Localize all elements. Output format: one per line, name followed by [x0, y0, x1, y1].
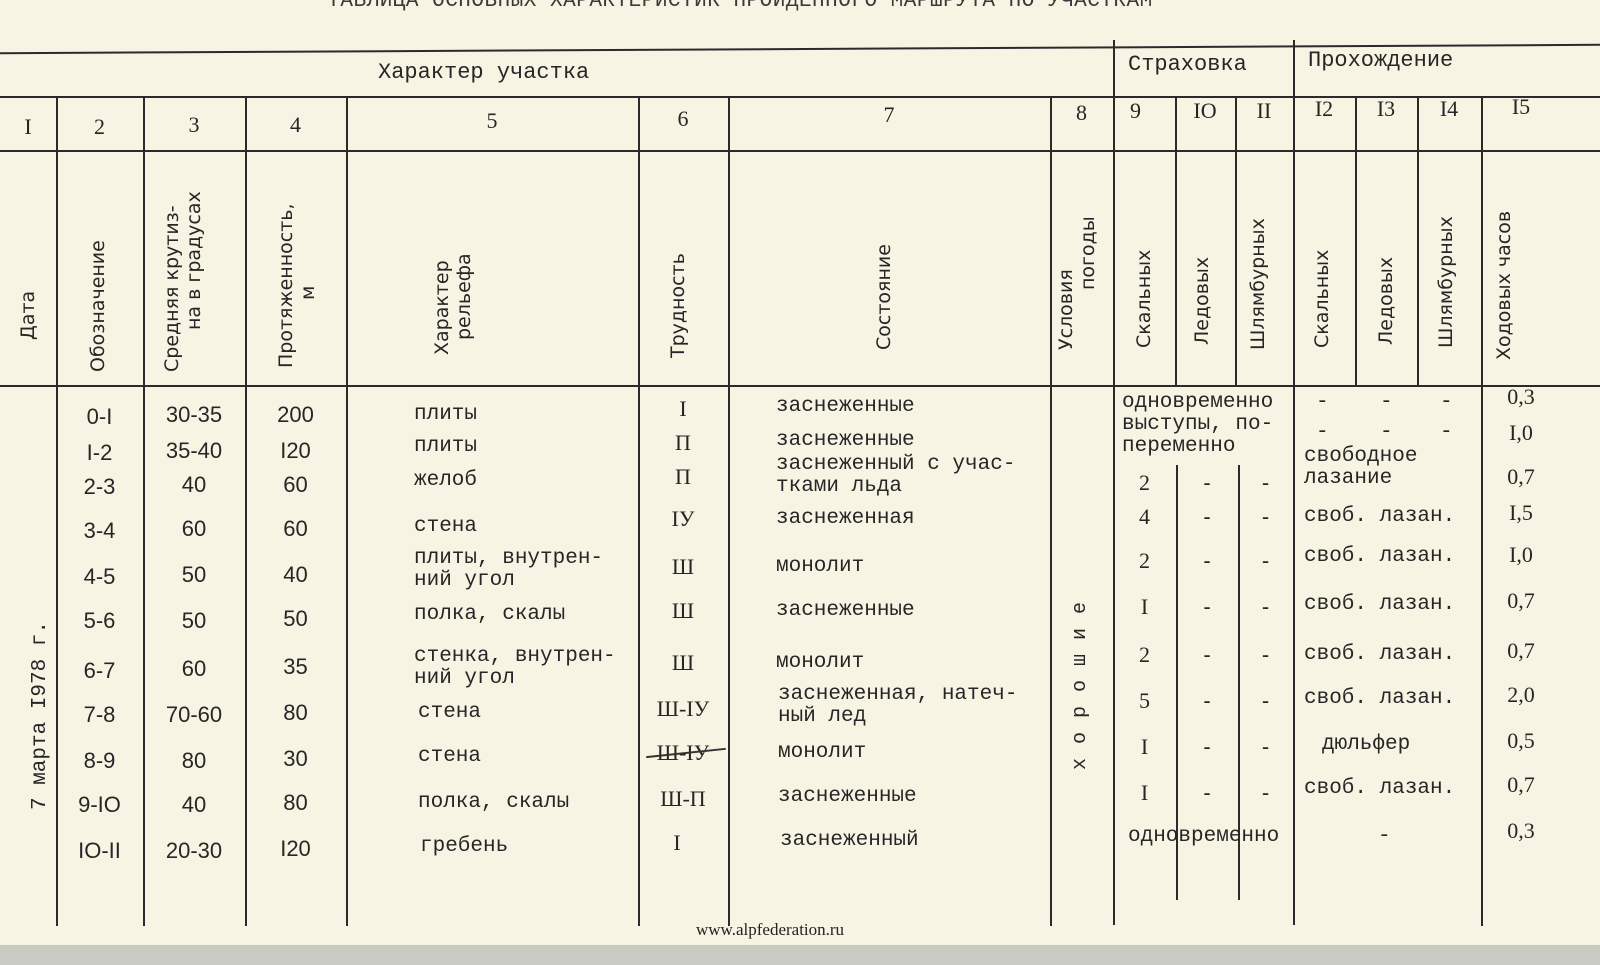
segment: IO-II — [56, 838, 143, 864]
scan-edge — [0, 945, 1600, 965]
condition: заснеженная — [776, 508, 915, 530]
header-walking-hours: Ходовых часов — [1494, 211, 1515, 360]
belay-bolt: - — [1238, 594, 1293, 620]
relief: плиты — [414, 404, 477, 426]
relief: полка, скалы — [414, 604, 565, 626]
difficulty: П — [638, 464, 728, 490]
belay-ice: - — [1176, 470, 1238, 496]
col-divider — [346, 96, 348, 926]
hours: I,5 — [1481, 500, 1561, 526]
header-belay-ice: Ледовых — [1192, 257, 1213, 345]
passage-rock: своб. лазан. — [1304, 546, 1455, 568]
belay-rock: 4 — [1113, 504, 1176, 530]
condition-cont: тками льда — [776, 476, 902, 498]
header-passage-rock: Скальных — [1312, 250, 1333, 348]
passage-rock: - — [1316, 422, 1329, 444]
relief: стена — [418, 702, 481, 724]
relief: гребень — [420, 836, 508, 858]
relief: желоб — [414, 470, 477, 492]
hours: 0,7 — [1481, 464, 1561, 490]
steepness: 20-30 — [143, 838, 245, 864]
difficulty: Ш — [638, 554, 728, 580]
relief: полка, скалы — [418, 792, 569, 814]
condition: монолит — [778, 742, 866, 764]
hours: 0,7 — [1481, 588, 1561, 614]
condition: заснеженная, натеч- — [778, 684, 1017, 706]
hours: 0,3 — [1481, 384, 1561, 410]
col-divider — [1417, 96, 1419, 386]
belay-ice: - — [1176, 688, 1238, 714]
header-passage-ice: Ледовых — [1376, 257, 1397, 345]
belay-rock: I — [1113, 734, 1176, 760]
watermark: www.alpfederation.ru — [696, 920, 844, 940]
difficulty: Ш-IУ — [638, 696, 728, 722]
header-difficulty: Трудность — [668, 253, 689, 358]
steepness: 40 — [143, 792, 245, 818]
belay-rock: 2 — [1113, 470, 1176, 496]
passage-bolt: - — [1440, 392, 1453, 414]
belay-ice: - — [1176, 504, 1238, 530]
difficulty: I — [638, 396, 728, 422]
passage-rock: дюльфер — [1322, 734, 1410, 756]
condition: монолит — [776, 556, 864, 578]
segment: 6-7 — [56, 658, 143, 684]
belay-note-alternating: переменно — [1122, 436, 1235, 458]
col-divider — [1050, 96, 1052, 926]
rule-numbers — [0, 150, 1600, 152]
group-header-belay: Страховка — [1128, 52, 1247, 77]
weather-cell: х о р о ш и е — [1070, 601, 1091, 770]
belay-rock: I — [1113, 594, 1176, 620]
relief-cont: ний угол — [414, 570, 515, 592]
steepness: 35-40 — [143, 438, 245, 464]
condition: заснеженные — [776, 430, 915, 452]
header-weather-b: погоды — [1078, 216, 1099, 290]
steepness: 50 — [143, 562, 245, 588]
segment: I-2 — [56, 440, 143, 466]
hours: 0,3 — [1481, 818, 1561, 844]
col-num-13: I3 — [1355, 96, 1417, 122]
condition: заснеженные — [778, 786, 917, 808]
passage-note-climbing: лазание — [1304, 468, 1392, 490]
passage-rock: своб. лазан. — [1304, 778, 1455, 800]
header-relief-a: Характер — [432, 260, 453, 355]
passage-rock: своб. лазан. — [1304, 688, 1455, 710]
passage-rock: своб. лазан. — [1304, 644, 1455, 666]
group-header-passage: Прохождение — [1308, 48, 1453, 73]
date-cell: 7 марта I978 г. — [30, 621, 51, 810]
segment: 7-8 — [56, 702, 143, 728]
header-date: Дата — [18, 291, 39, 340]
col-num-2: 2 — [56, 114, 143, 140]
difficulty: Ш — [638, 598, 728, 624]
hours: 0,5 — [1481, 728, 1561, 754]
table-title: ТАБЛИЦА ОСНОВНЫХ ХАРАКТЕРИСТИК ПРОЙДЕННО… — [0, 0, 1480, 13]
col-num-5: 5 — [346, 108, 638, 134]
header-belay-bolt: Шлямбурных — [1248, 218, 1269, 350]
belay-note-simultaneous: одновременно — [1122, 392, 1273, 414]
steepness: 40 — [143, 472, 245, 498]
segment: 5-6 — [56, 608, 143, 634]
segment: 2-3 — [56, 474, 143, 500]
passage-rock: своб. лазан. — [1304, 594, 1455, 616]
passage-note-free: свободное — [1304, 446, 1417, 468]
passage-note-dash-last: - — [1378, 826, 1391, 848]
steepness: 80 — [143, 748, 245, 774]
passage-ice: - — [1380, 392, 1393, 414]
belay-rock: 2 — [1113, 642, 1176, 668]
condition: заснеженные — [776, 600, 915, 622]
length: 35 — [245, 654, 346, 680]
col-divider — [1235, 96, 1237, 386]
header-condition: Состояние — [874, 244, 895, 350]
relief: стенка, внутрен- — [414, 646, 616, 668]
belay-ice: - — [1176, 780, 1238, 806]
col-num-3: 3 — [143, 112, 245, 138]
col-num-6: 6 — [638, 106, 728, 132]
length: 80 — [245, 790, 346, 816]
condition: монолит — [776, 652, 864, 674]
hours: 0,7 — [1481, 638, 1561, 664]
header-belay-rock: Скальных — [1134, 250, 1155, 348]
steepness: 50 — [143, 608, 245, 634]
difficulty: Ш-П — [638, 786, 728, 812]
passage-ice: - — [1380, 422, 1393, 444]
col-num-1: I — [0, 114, 56, 140]
belay-rock: I — [1113, 780, 1176, 806]
belay-bolt: - — [1238, 548, 1293, 574]
segment: 8-9 — [56, 748, 143, 774]
difficulty: Ш — [638, 650, 728, 676]
difficulty: IУ — [638, 506, 728, 532]
hours: I,0 — [1481, 420, 1561, 446]
header-passage-bolt: Шлямбурных — [1436, 216, 1457, 348]
col-num-4: 4 — [245, 112, 346, 138]
header-steepness-a: Средняя крутиз- — [162, 205, 183, 372]
header-designation: Обозначение — [88, 240, 109, 372]
belay-rock: 2 — [1113, 548, 1176, 574]
length: 60 — [245, 516, 346, 542]
belay-bolt: - — [1238, 642, 1293, 668]
relief: плиты, внутрен- — [414, 548, 603, 570]
header-weather-a: Условия — [1056, 269, 1077, 350]
length: 80 — [245, 700, 346, 726]
length: 30 — [245, 746, 346, 772]
rule-headers — [0, 385, 1600, 387]
condition-cont: ный лед — [778, 706, 866, 728]
belay-bolt: - — [1238, 780, 1293, 806]
steepness: 70-60 — [143, 702, 245, 728]
col-num-14: I4 — [1417, 96, 1481, 122]
length: 200 — [245, 402, 346, 428]
hours: 2,0 — [1481, 682, 1561, 708]
header-length-b: м — [298, 286, 319, 300]
belay-bolt: - — [1238, 734, 1293, 760]
condition: заснеженный с учас- — [776, 454, 1015, 476]
belay-bolt: - — [1238, 470, 1293, 496]
col-num-9: 9 — [1113, 98, 1158, 124]
length: 40 — [245, 562, 346, 588]
col-num-8: 8 — [1050, 100, 1113, 126]
col-divider — [728, 96, 730, 926]
passage-bolt: - — [1440, 422, 1453, 444]
group-header-character: Характер участка — [378, 60, 589, 85]
steepness: 60 — [143, 656, 245, 682]
belay-rock: 5 — [1113, 688, 1176, 714]
length: I20 — [245, 438, 346, 464]
col-num-12: I2 — [1293, 96, 1355, 122]
passage-rock: своб. лазан. — [1304, 506, 1455, 528]
belay-note-simultaneous-last: одновременно — [1128, 826, 1279, 848]
relief: стена — [418, 746, 481, 768]
segment: 4-5 — [56, 564, 143, 590]
length: I20 — [245, 836, 346, 862]
length: 50 — [245, 606, 346, 632]
col-num-7: 7 — [728, 102, 1050, 128]
steepness: 60 — [143, 516, 245, 542]
relief-cont: ний угол — [414, 668, 515, 690]
segment: 3-4 — [56, 518, 143, 544]
col-divider — [1175, 96, 1177, 386]
difficulty: П — [638, 430, 728, 456]
steepness: 30-35 — [143, 402, 245, 428]
col-divider — [1293, 40, 1295, 925]
relief: стена — [414, 516, 477, 538]
belay-ice: - — [1176, 734, 1238, 760]
passage-rock: - — [1316, 392, 1329, 414]
condition: заснеженные — [776, 396, 915, 418]
segment: 0-I — [56, 404, 143, 430]
col-divider — [1355, 96, 1357, 386]
belay-note-ledges: выступы, по- — [1122, 414, 1273, 436]
header-relief-b: рельефа — [454, 253, 475, 340]
header-steepness-b: на в градусах — [184, 191, 205, 330]
hours: 0,7 — [1481, 772, 1561, 798]
belay-ice: - — [1176, 642, 1238, 668]
difficulty: I — [632, 830, 722, 856]
belay-ice: - — [1176, 594, 1238, 620]
condition: заснеженный — [780, 830, 919, 852]
belay-bolt: - — [1238, 688, 1293, 714]
document-page: ТАБЛИЦА ОСНОВНЫХ ХАРАКТЕРИСТИК ПРОЙДЕННО… — [0, 0, 1600, 945]
relief: плиты — [414, 436, 477, 458]
length: 60 — [245, 472, 346, 498]
hours: I,0 — [1481, 542, 1561, 568]
col-num-11: II — [1235, 98, 1293, 124]
col-num-15: I5 — [1481, 94, 1561, 120]
belay-ice: - — [1176, 548, 1238, 574]
belay-bolt: - — [1238, 504, 1293, 530]
header-length-a: Протяженность, — [276, 204, 297, 369]
col-num-10: IO — [1175, 98, 1235, 124]
segment: 9-IO — [56, 792, 143, 818]
